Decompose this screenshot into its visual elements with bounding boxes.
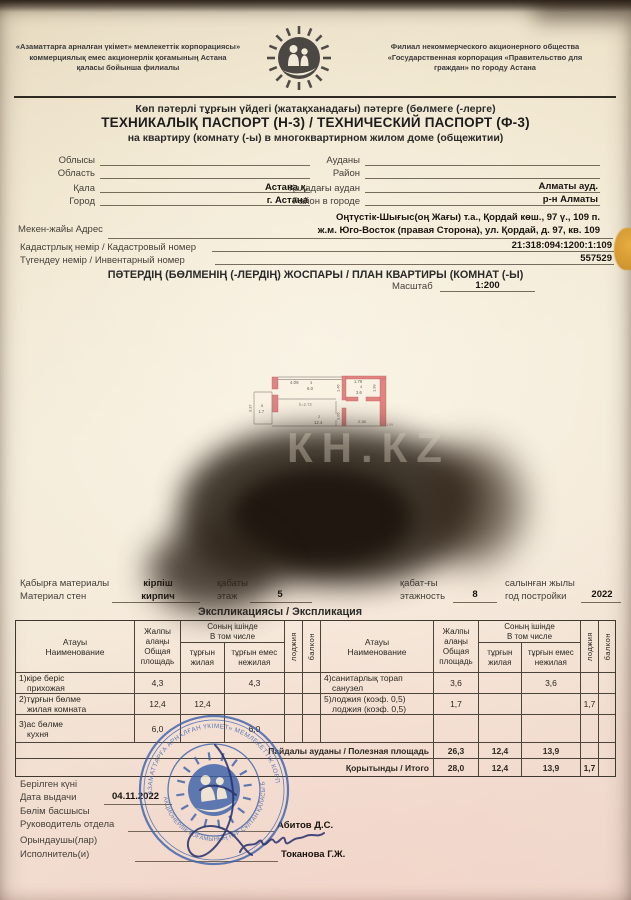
executor-label-ru: Исполнитель(и): [20, 849, 89, 860]
th-nonliving-left: тұрғын емес нежилая: [225, 643, 284, 672]
cell-text: 3,6: [545, 678, 557, 688]
th-living-left: тұрғын жилая: [181, 643, 225, 672]
cell-name: 1)кіре берісприхожая: [16, 673, 135, 693]
year-label-ru: год постройки: [505, 591, 566, 602]
th-label: В том числе: [210, 632, 255, 642]
field-district-line: [365, 192, 600, 193]
cell-nonliving: 3,6: [522, 673, 581, 693]
cell-balcony: [303, 673, 321, 693]
cell-text: 1,7: [584, 763, 596, 773]
org-name-right: Филиал некоммерческого акционерного обще…: [352, 42, 618, 74]
floors-label-kk: қабат-ғы: [400, 578, 438, 589]
org-name-left: «Азаматтарға арналған үкімет» мемлекетті…: [12, 42, 244, 74]
field-address-line: [108, 238, 613, 239]
cell-living: [479, 715, 522, 742]
th-label: тұрғын емес: [528, 648, 574, 658]
th-label: лоджия: [289, 632, 299, 661]
cell-text: 3,6: [450, 678, 462, 688]
cell-text: санузел: [324, 683, 363, 693]
cell-total: 1,7: [434, 694, 479, 714]
th-total-right: Жалпыалаңы Общаяплощадь: [434, 621, 479, 672]
th-including-right: Соның ішінде В том числе тұрғын жилая тұ…: [479, 621, 581, 672]
field-oblast-label-kk: Облысы: [30, 155, 95, 166]
cell-text: 1,7: [450, 699, 462, 709]
table-row: 1)кіре берісприхожая 4,3 4,3 4)санитарлы…: [16, 672, 615, 693]
cell-total: 26,3: [434, 743, 479, 758]
dept-head-label-kk: Бөлім басшысы: [20, 806, 90, 817]
plan-dim: 1.99: [372, 384, 377, 392]
signature: [130, 700, 390, 880]
executor-label-kk: Орындаушы(лар): [20, 835, 97, 846]
explication-title: Экспликациясы / Экспликация: [0, 606, 560, 618]
field-inventory-label: Түгендеу немір / Инвентарный номер: [20, 255, 185, 266]
cell-text: 2)тұрғын бөлме: [19, 694, 81, 704]
th-label: Наименование: [46, 647, 105, 657]
org-left-line2: коммерциялық емес акционерлік қоғамының …: [12, 53, 244, 64]
plan-dim: 3.05: [336, 412, 341, 420]
cell-nonliving: 4,3: [225, 673, 285, 693]
floors-line: [453, 602, 497, 603]
cell-text: 12,4: [492, 763, 509, 773]
cell-living: [479, 673, 522, 693]
th-label: жилая: [191, 658, 214, 668]
scale-label: Масштаб: [392, 281, 433, 292]
doc-title: ТЕХНИКАЛЫҚ ПАСПОРТ (Н-3) / ТЕХНИЧЕСКИЙ П…: [15, 115, 616, 130]
th-label: Атауы: [365, 637, 389, 647]
field-district-label-ru: Район в городе: [250, 196, 360, 207]
cell-balcony: [599, 759, 616, 776]
cell-loggia: [581, 743, 599, 758]
th-label: площадь: [141, 657, 174, 667]
th-balcony-right: балкон: [599, 621, 616, 672]
cell-loggia: 1,7: [581, 759, 599, 776]
plan-room-number: 2: [318, 414, 320, 419]
th-loggia-right: лоджия: [581, 621, 599, 672]
cell-text: 4,3: [152, 678, 164, 688]
field-cadastre-line: [212, 251, 614, 252]
th-label: балкон: [307, 633, 317, 660]
cell-nonliving: [522, 715, 581, 742]
cell-text: 26,3: [448, 746, 465, 756]
field-city-label-ru: Город: [30, 196, 95, 207]
plan-room-number: 3: [310, 380, 313, 385]
th-label: алаңы: [444, 637, 468, 647]
th-label: Жалпы: [443, 627, 470, 637]
plan-area: 6.0: [307, 386, 314, 391]
plan-height-note: h=2.73: [299, 402, 312, 407]
th-loggia-left: лоджия: [285, 621, 303, 672]
cell-text: 13,9: [543, 763, 560, 773]
cell-total: 3,6: [434, 673, 479, 693]
cell-loggia: 1,7: [581, 694, 599, 714]
field-inventory-value: 557529: [400, 253, 612, 264]
th-label: тұрғын: [487, 648, 512, 658]
issue-date-label-kk: Берілген күні: [20, 779, 77, 790]
th-including-top: Соның ішінде В том числе: [181, 621, 284, 643]
cell-balcony: [599, 743, 616, 758]
field-cadastre-value: 21:318:094:1200:1:109: [400, 240, 612, 251]
cell-living: [181, 673, 225, 693]
cell-living: [479, 694, 522, 714]
year-label-kk: салынған жылы: [505, 578, 575, 589]
org-left-line1: «Азаматтарға арналған үкімет» мемлекетті…: [12, 42, 244, 53]
field-inventory-line: [215, 264, 614, 265]
th-label: лоджия: [585, 632, 595, 661]
cell-text: 4,3: [249, 678, 261, 688]
field-raion-line2: [365, 178, 600, 179]
cell-total: 28,0: [434, 759, 479, 776]
plan-area: 1.7: [259, 409, 265, 414]
th-label: Общая: [443, 647, 469, 657]
cell-loggia: [581, 673, 599, 693]
cell-nonliving: [522, 694, 581, 714]
th-label: нежилая: [535, 658, 567, 668]
doc-subtitle-kk: Көп пәтерлі тұрғын үйдегі (жатақханадағы…: [15, 103, 616, 115]
wall-material-label-kk: Қабырға материалы: [20, 578, 109, 589]
plan-dim: 3.37: [248, 404, 253, 412]
cell-living: 12,4: [479, 759, 522, 776]
th-label: алаңы: [146, 637, 170, 647]
th-label: Жалпы: [144, 627, 171, 637]
cell-text: жилая комната: [19, 704, 86, 714]
th-label: площадь: [439, 657, 472, 667]
field-address-value-ru: ж.м. Юго-Восток (правая Сторона), ул. Қо…: [230, 225, 600, 236]
th-including-top: Соның ішінде В том числе: [479, 621, 580, 643]
gov-corporation-logo-icon: [262, 22, 336, 96]
scale-value: 1:200: [440, 280, 535, 291]
th-label: тұрғын: [190, 648, 215, 658]
scale-line: [440, 291, 535, 292]
plan-dim: 1.46: [336, 384, 341, 392]
table-header-row: Атауы Наименование Жалпыалаңы Общаяплоща…: [16, 621, 615, 672]
plan-dim: 4.09: [290, 380, 299, 385]
th-label: Атауы: [63, 637, 87, 647]
cell-loggia: [285, 673, 303, 693]
field-cadastre-label: Кадастрлық немір / Кадастровый номер: [20, 242, 196, 253]
th-label: балкон: [603, 633, 613, 660]
photo-corner-shade: [534, 0, 631, 22]
cell-name: 4)санитарлық торапсанузел: [321, 673, 434, 693]
th-label: тұрғын емес: [231, 648, 277, 658]
cell-loggia: [581, 715, 599, 742]
cell-text: кухня: [19, 729, 49, 739]
th-label: Соның ішінде: [207, 622, 258, 632]
wall-material-label-ru: Материал стен: [20, 591, 86, 602]
year-line: [581, 602, 621, 603]
th-name-left: Атауы Наименование: [16, 621, 135, 672]
field-oblast-label-ru: Область: [30, 168, 95, 179]
field-address-label: Мекен-жайы Адрес: [18, 224, 103, 235]
cell-text: 12,4: [492, 746, 509, 756]
org-right-line1: Филиал некоммерческого акционерного обще…: [352, 42, 618, 53]
cell-text: 13,9: [543, 746, 560, 756]
cell-text: 1)кіре беріс: [19, 673, 64, 683]
cell-text: 4)санитарлық торап: [324, 673, 403, 683]
th-name-right: Атауы Наименование: [321, 621, 434, 672]
th-including-left: Соның ішінде В том числе тұрғын жилая тұ…: [181, 621, 285, 672]
floors-value: 8: [455, 589, 495, 600]
th-total-left: Жалпыалаңы Общаяплощадь: [135, 621, 181, 672]
field-city-label-kk: Қала: [30, 183, 95, 194]
cell-text: 3)ас бөлме: [19, 719, 63, 729]
org-right-line2: «Государственная корпорация «Правительст…: [352, 53, 618, 64]
th-living-right: тұрғын жилая: [479, 643, 522, 672]
photo-shadow-left: [148, 528, 278, 613]
doc-subtitle-ru: на квартиру (комнату (-ы) в многоквартир…: [15, 132, 616, 144]
year-value: 2022: [584, 589, 620, 600]
plan-area: 3.6: [356, 390, 362, 395]
header-divider: [14, 96, 616, 98]
field-raion-label-ru: Район: [250, 168, 360, 179]
th-label: Общая: [144, 647, 170, 657]
th-label: Соның ішінде: [504, 622, 555, 632]
th-label: Наименование: [348, 647, 407, 657]
cell-balcony: [599, 715, 616, 742]
cell-name: 3)ас бөлмекухня: [16, 715, 135, 742]
th-label: жилая: [488, 658, 511, 668]
cell-balcony: [599, 673, 616, 693]
cell-name: 2)тұрғын бөлмежилая комната: [16, 694, 135, 714]
technical-passport-document: «Азаматтарға арналған үкімет» мемлекетті…: [0, 0, 631, 900]
cell-nonliving: 13,9: [522, 759, 581, 776]
field-raion-label-kk: Ауданы: [250, 155, 360, 166]
cell-text: 1,7: [584, 699, 596, 709]
th-label: нежилая: [238, 658, 270, 668]
field-district-value-kk: Алматы ауд.: [420, 181, 598, 192]
field-district-line2: [365, 205, 600, 206]
plan-room-number: 5: [261, 403, 263, 408]
watermark: КН.КZ: [287, 424, 451, 472]
field-district-value-ru: р-н Алматы: [420, 194, 598, 205]
cell-living: 12,4: [479, 743, 522, 758]
th-balcony-left: балкон: [303, 621, 321, 672]
cell-nonliving: 13,9: [522, 743, 581, 758]
cell-text: 28,0: [448, 763, 465, 773]
cell-total: 4,3: [135, 673, 181, 693]
issue-date-label-ru: Дата выдачи: [20, 792, 76, 803]
th-nonliving-right: тұрғын емес нежилая: [522, 643, 580, 672]
cell-total: [434, 715, 479, 742]
orange-edge-artifact: [614, 228, 631, 270]
field-address-value-kk: Оңтүстік-Шығыс(оң Жағы) т.а., Қордай көш…: [230, 212, 600, 223]
field-district-label-kk: Қаладағы аудан: [250, 183, 360, 194]
org-right-line3: граждан» по городу Астана: [352, 63, 618, 74]
org-left-line3: қаласы бойынша филиалы: [12, 63, 244, 74]
field-raion-line: [365, 165, 600, 166]
floor-line: [250, 602, 312, 603]
cell-text: прихожая: [19, 683, 65, 693]
dept-head-label-ru: Руководитель отдела: [20, 819, 114, 830]
th-label: В том числе: [507, 632, 552, 642]
floors-label-ru: этажность: [400, 591, 445, 602]
plan-room-number: 4: [360, 384, 363, 389]
logo-disc: [278, 37, 320, 79]
cell-balcony: [599, 694, 616, 714]
